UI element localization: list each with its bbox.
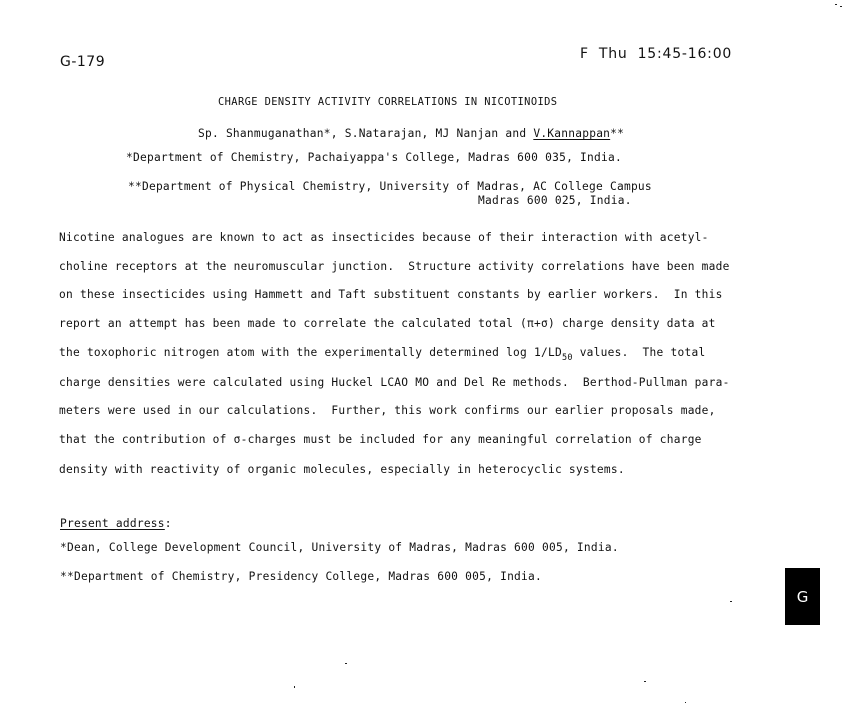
abstract-line: Nicotine analogues are known to act as i…: [59, 231, 709, 244]
abstract-line-text: values. The total: [573, 346, 706, 359]
abstract-line: report an attempt has been made to corre…: [59, 317, 716, 330]
section-tab: G: [785, 568, 820, 625]
section-tab-letter: G: [797, 588, 809, 606]
scan-speck: [345, 663, 347, 664]
affiliation-1: *Department of Chemistry, Pachaiyappa's …: [126, 151, 622, 164]
present-address-colon: :: [165, 517, 172, 530]
scan-speck: [685, 702, 686, 703]
scan-speck: [644, 681, 646, 682]
scan-speck: [294, 686, 295, 688]
abstract-line: choline receptors at the neuromuscular j…: [59, 260, 730, 273]
author-list: Sp. Shanmuganathan*, S.Natarajan, MJ Nan…: [198, 127, 624, 140]
author-first: Sp. Shanmuganathan: [198, 127, 324, 140]
scan-speck: [840, 6, 842, 7]
abstract-line-text: the toxophoric nitrogen atom with the ex…: [59, 346, 562, 359]
author-others: , S.Natarajan, MJ Nanjan and: [331, 127, 534, 140]
abstract-line: meters were used in our calculations. Fu…: [59, 404, 716, 417]
present-address-2: **Department of Chemistry, Presidency Co…: [60, 570, 542, 583]
author-mark-2: **: [610, 127, 624, 140]
abstract-line: charge densities were calculated using H…: [59, 376, 730, 389]
abstract-line: the toxophoric nitrogen atom with the ex…: [59, 346, 705, 359]
scan-speck: [730, 601, 732, 602]
affiliation-2: **Department of Physical Chemistry, Univ…: [128, 180, 652, 193]
present-address-heading: Present address:: [60, 517, 172, 530]
author-mark-1: *: [324, 127, 331, 140]
session-track: F: [580, 46, 589, 62]
abstract-line: that the contribution of σ-charges must …: [59, 433, 702, 446]
present-address-1: *Dean, College Development Council, Univ…: [60, 541, 619, 554]
session-info: FThu15:45-16:00: [580, 46, 732, 62]
abstract-line: density with reactivity of organic molec…: [59, 463, 625, 476]
present-address-label: Present address: [60, 517, 165, 530]
paper-title: CHARGE DENSITY ACTIVITY CORRELATIONS IN …: [218, 96, 557, 108]
ld50-subscript: 50: [562, 353, 573, 363]
affiliation-2-city: Madras 600 025, India.: [478, 194, 632, 207]
abstract-line: on these insecticides using Hammett and …: [59, 288, 723, 301]
scan-speck: [835, 4, 837, 5]
presenting-author: V.Kannappan: [533, 127, 610, 140]
session-time: 15:45-16:00: [638, 46, 733, 62]
abstract-code: G-179: [60, 54, 105, 70]
session-day: Thu: [599, 46, 628, 62]
